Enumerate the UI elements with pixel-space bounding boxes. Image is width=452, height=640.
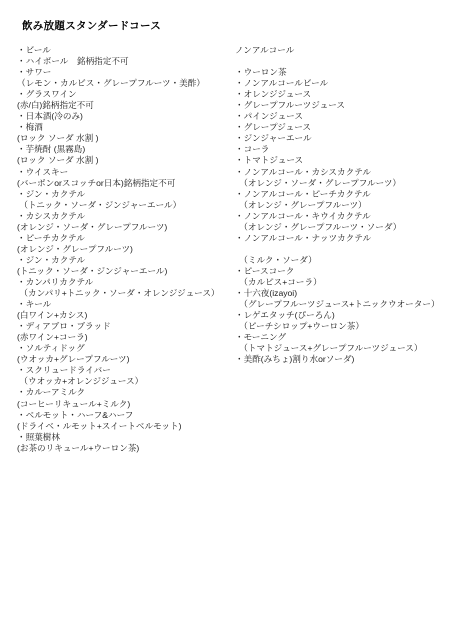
non-alcohol-menu-line: （ピーチシロップ+ウーロン茶） xyxy=(235,321,450,332)
alcohol-menu-line: ・カシスカクテル xyxy=(17,211,232,222)
non-alcohol-menu-line: （オレンジ・ソーダ・グレープフルーツ） xyxy=(235,178,450,189)
alcohol-menu-line: （ウオッカ+オレンジジュース） xyxy=(17,376,232,387)
alcohol-menu-line: （カンパリ+トニック・ソーダ・オレンジジュース） xyxy=(17,288,232,299)
alcohol-menu-line: (オレンジ・ソーダ・グレープフルーツ) xyxy=(17,222,232,233)
alcohol-menu-line: (ドライベ・ルモット+スイートベルモット) xyxy=(17,421,232,432)
non-alcohol-menu-line: ・ノンアルコール・ナッツカクテル xyxy=(235,233,450,244)
alcohol-menu-line: ・日本酒(冷のみ) xyxy=(17,111,232,122)
non-alcohol-menu-line: ・グレープフルーツジュース xyxy=(235,100,450,111)
alcohol-menu-line: (白ワイン+カシス) xyxy=(17,310,232,321)
course-title: 飲み放題スタンダードコース xyxy=(22,18,161,33)
drink-menu-page: 飲み放題スタンダードコース ・ビール・ハイボール 銘柄指定不可・サワー（レモン・… xyxy=(0,0,452,640)
non-alcohol-menu-line: （ミルク・ソーダ） xyxy=(235,255,450,266)
alcohol-menu-line: ・梅酒 xyxy=(17,122,232,133)
non-alcohol-menu-line: ・美酢(みちょ)割り水orソーダ) xyxy=(235,354,450,365)
non-alcohol-menu-line: （オレンジ・グレープフルーツ・ソーダ） xyxy=(235,222,450,233)
alcohol-menu-line: ・ジン・カクテル xyxy=(17,255,232,266)
alcohol-menu-line: ・芋焼酎 (黒霧島) xyxy=(17,144,232,155)
alcohol-menu-line: ・グラスワイン xyxy=(17,89,232,100)
alcohol-menu-line: ・ベルモット・ハーフ&ハーフ xyxy=(17,410,232,421)
non-alcohol-menu-line: ・オレンジジュース xyxy=(235,89,450,100)
alcohol-menu-line: (お茶のリキュール+ウーロン茶) xyxy=(17,443,232,454)
alcohol-column: ・ビール・ハイボール 銘柄指定不可・サワー（レモン・カルビス・グレープフルーツ・… xyxy=(17,45,232,454)
alcohol-menu-line: ・ソルティドッグ xyxy=(17,343,232,354)
alcohol-menu-line: (ロック ソーダ 水割 ) xyxy=(17,133,232,144)
non-alcohol-menu-line: ・ノンアルコール・キウイカクテル xyxy=(235,211,450,222)
non-alcohol-menu-line xyxy=(235,244,450,255)
non-alcohol-section-header: ノンアルコール xyxy=(235,45,294,56)
alcohol-menu-line: ・サワー xyxy=(17,67,232,78)
alcohol-menu-line: （トニック・ソーダ・ジンジャーエール） xyxy=(17,200,232,211)
alcohol-menu-line: (赤/白)銘柄指定不可 xyxy=(17,100,232,111)
non-alcohol-menu-line: ・ノンアルコール・ピーチカクテル xyxy=(235,189,450,200)
alcohol-menu-line: (ウオッカ+グレープフルーツ) xyxy=(17,354,232,365)
alcohol-menu-line: ・カンパリカクテル xyxy=(17,277,232,288)
non-alcohol-menu-line: ・ノンアルコール・カシスカクテル xyxy=(235,167,450,178)
alcohol-menu-line: (バーボンorスコッチor日本)銘柄指定不可 xyxy=(17,178,232,189)
non-alcohol-menu-line: ・グレープジュース xyxy=(235,122,450,133)
alcohol-menu-line: ・ウイスキー xyxy=(17,167,232,178)
non-alcohol-menu-line: ・ノンアルコールビール xyxy=(235,78,450,89)
non-alcohol-column: ・ウーロン茶・ノンアルコールビール・オレンジジュース・グレープフルーツジュース・… xyxy=(235,67,450,365)
non-alcohol-menu-line: ・ウーロン茶 xyxy=(235,67,450,78)
alcohol-menu-line: ・ビール xyxy=(17,45,232,56)
non-alcohol-menu-line: （オレンジ・グレープフルーツ） xyxy=(235,200,450,211)
alcohol-menu-line: (ロック ソーダ 水割 ) xyxy=(17,155,232,166)
alcohol-menu-line: (コーヒーリキュール+ミルク) xyxy=(17,399,232,410)
non-alcohol-menu-line: ・レゲエタッチ(ぴーろん) xyxy=(235,310,450,321)
non-alcohol-menu-line: ・十六夜(izayoi) xyxy=(235,288,450,299)
non-alcohol-menu-line: ・ピースコーク xyxy=(235,266,450,277)
alcohol-menu-line: ・キール xyxy=(17,299,232,310)
alcohol-menu-line: ・ジン・カクテル xyxy=(17,189,232,200)
alcohol-menu-line: ・カルーアミルク xyxy=(17,387,232,398)
alcohol-menu-line: ・照葉樹林 xyxy=(17,432,232,443)
non-alcohol-menu-line: ・モーニング xyxy=(235,332,450,343)
non-alcohol-menu-line: （カルピス+コーラ） xyxy=(235,277,450,288)
non-alcohol-menu-line: ・パインジュース xyxy=(235,111,450,122)
alcohol-menu-line: ・ディアブロ・ブラッド xyxy=(17,321,232,332)
alcohol-menu-line: ・スクリュードライバー xyxy=(17,365,232,376)
non-alcohol-menu-line: （グレープフルーツジュース+トニックウオーター） xyxy=(235,299,450,310)
non-alcohol-menu-line: ・トマトジュース xyxy=(235,155,450,166)
alcohol-menu-line: （レモン・カルビス・グレープフルーツ・美酢） xyxy=(17,78,232,89)
non-alcohol-menu-line: ・コーラ xyxy=(235,144,450,155)
non-alcohol-menu-line: ・ジンジャーエール xyxy=(235,133,450,144)
alcohol-menu-line: (トニック・ソーダ・ジンジャーエール) xyxy=(17,266,232,277)
alcohol-menu-line: (赤ワイン+コーラ) xyxy=(17,332,232,343)
alcohol-menu-line: ・ハイボール 銘柄指定不可 xyxy=(17,56,232,67)
non-alcohol-menu-line: （トマトジュース+グレープフルーツジュース） xyxy=(235,343,450,354)
alcohol-menu-line: ・ピーチカクテル xyxy=(17,233,232,244)
alcohol-menu-line: (オレンジ・グレープフルーツ) xyxy=(17,244,232,255)
